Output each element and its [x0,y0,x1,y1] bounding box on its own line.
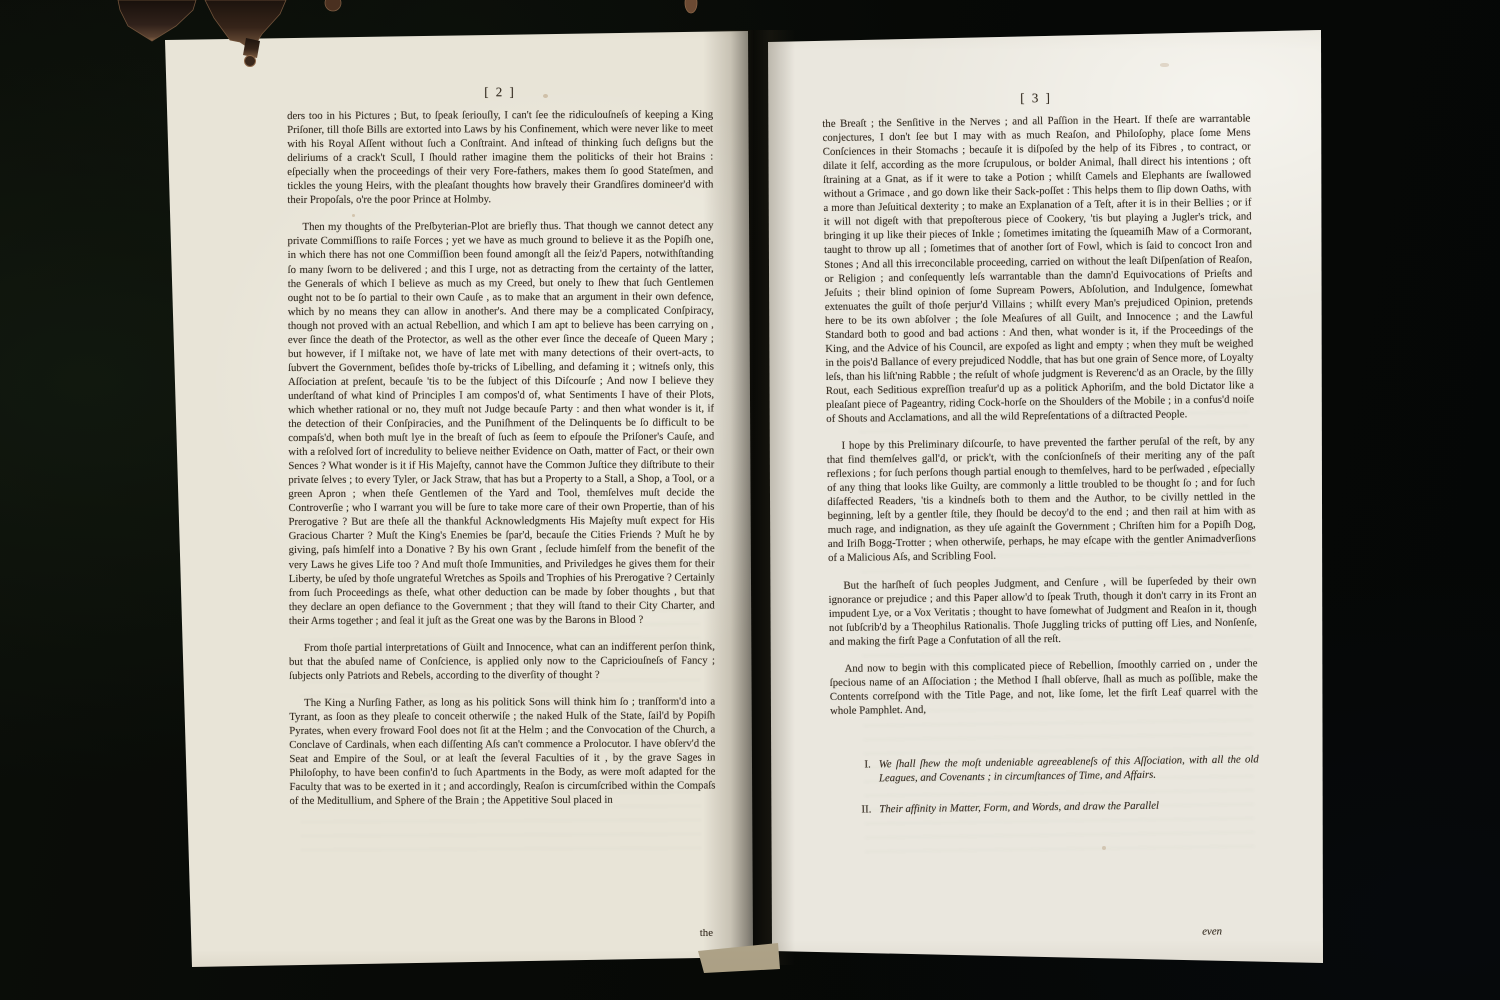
numbered-item: I. We ſhall ſhew the moſt undeniable agr… [847,752,1259,785]
paragraph: And now to begin with this complicated p… [829,656,1258,718]
paragraph: Then my thoughts of the Preſbyterian-Plo… [287,219,714,628]
clip-stem-icon [243,38,260,58]
paragraph: From thoſe partial interpretations of Gu… [289,639,715,683]
item-text: We ſhall ſhew the moſt undeniable agreea… [879,752,1259,785]
left-page-text-column: [ 2 ] ders too in his Pictures ; But, to… [287,85,716,938]
item-text: Their affinity in Matter, Form, and Word… [879,797,1259,816]
photo-of-open-pamphlet: [ 2 ] ders too in his Pictures ; But, to… [0,0,1500,1000]
right-page-text-column: [ 3 ] the Breaſt ; the Senſitive in the … [822,88,1261,944]
clip-knob-icon [685,0,697,13]
item-numeral: I. [847,757,871,785]
left-page-number: [ 2 ] [287,85,713,101]
paragraph: I hope by this Preliminary diſcourſe, to… [827,433,1257,565]
catchword-left: the [287,927,713,939]
clip-tip-icon [245,56,256,67]
gutter-shadow [703,30,795,965]
paragraph: But the harſheſt of ſuch peoples Judgmen… [828,573,1257,649]
item-numeral: II. [847,802,871,816]
paragraph: the Breaſt ; the Senſitive in the Nerves… [822,111,1254,426]
bronze-page-clips [90,0,740,90]
paragraph: ders too in his Pictures ; But, to ſpeak… [287,108,713,208]
numbered-item: II. Their affinity in Matter, Form, and … [847,797,1259,816]
paragraph: The King a Nurſing Father, as long as hi… [289,694,715,808]
clip-icon [118,0,196,41]
clip-knob-icon [325,0,341,11]
